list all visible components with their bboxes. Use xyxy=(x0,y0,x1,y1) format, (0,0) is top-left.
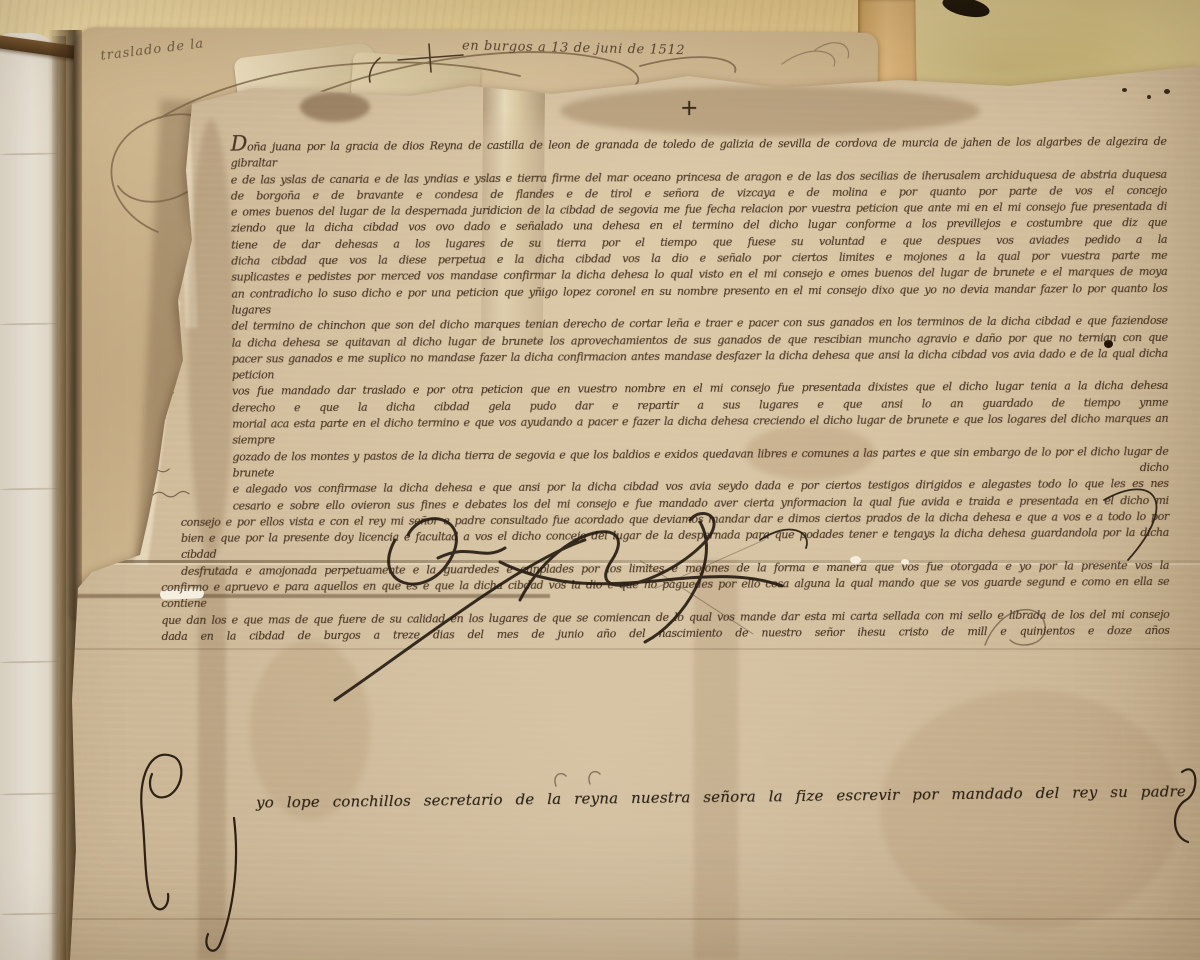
main-document-wrapper: + Doña juana por la gracia de dios Reyna… xyxy=(0,0,1200,960)
photograph-of-manuscript: traslado de la en burgos a 13 de juni de… xyxy=(0,0,1200,960)
stain xyxy=(560,86,980,136)
fold-crease xyxy=(70,918,1200,920)
main-document-sheet: + Doña juana por la gracia de dios Reyna… xyxy=(0,0,1200,960)
ink-speck xyxy=(1147,95,1151,99)
document-text-block: Doña juana por la gracia de dios Reyna d… xyxy=(158,133,1169,645)
stain xyxy=(880,690,1180,930)
collation-cross: + xyxy=(680,96,698,121)
ink-speck xyxy=(1164,89,1170,94)
ink-speck xyxy=(1122,88,1127,92)
stain xyxy=(300,92,370,122)
fold-crease xyxy=(70,648,1200,650)
